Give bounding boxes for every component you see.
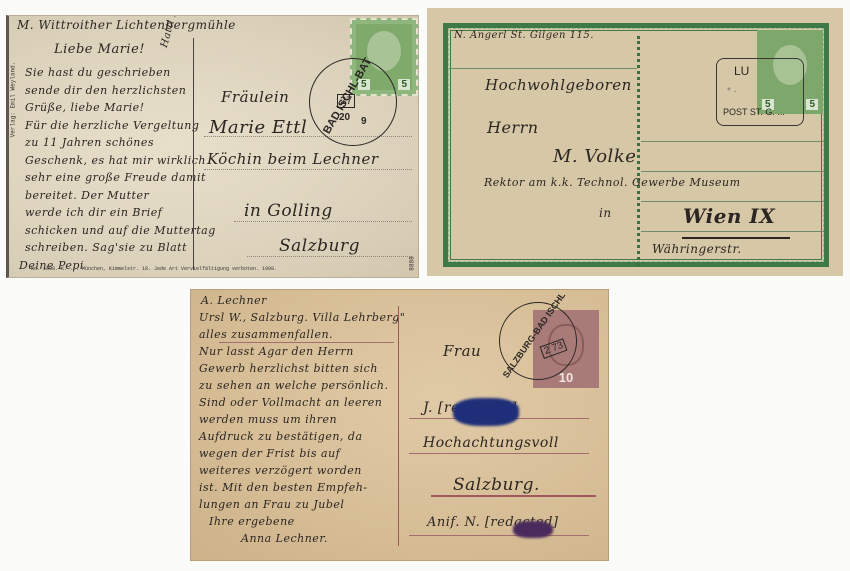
- address-line-6: Wien IX: [683, 204, 775, 228]
- message-line: wegen der Frist bis auf: [199, 447, 340, 460]
- address-line-7: Währingerstr.: [652, 242, 742, 256]
- address-rule: [247, 256, 412, 257]
- postcard-2: N. Angerl St. Gilgen 115. Hochwohlgebore…: [427, 8, 843, 276]
- message-line: alles zusammenfallen.: [199, 328, 333, 341]
- postmark-line2: * ·: [727, 86, 737, 97]
- rule: [641, 201, 824, 202]
- message-line: Sie hast du geschrieben: [25, 66, 171, 79]
- address-line-3: Köchin beim Lechner: [207, 150, 379, 168]
- address-line-1: Fräulein: [221, 88, 289, 106]
- message-line: sehr eine große Freude damit: [25, 171, 206, 184]
- postmark-line3: 9: [361, 116, 367, 127]
- message-line: A. Lechner: [201, 294, 267, 307]
- address-line-2: Marie Ettl: [209, 117, 307, 138]
- rule: [641, 231, 824, 232]
- message-line: sende dir den herzlichsten: [25, 84, 186, 97]
- message-line: Aufdruck zu bestätigen, da: [199, 430, 363, 443]
- salutation: Liebe Marie!: [54, 42, 145, 57]
- postmark-line3: POST ST. G. ...: [723, 107, 785, 117]
- sender-line: M. Wittroither Lichtenbergmühle: [17, 18, 236, 32]
- message-line: schreiben. Sag'sie zu Blatt: [25, 241, 187, 254]
- card-divider: [193, 38, 194, 270]
- message-line: werde ich dir ein Brief: [25, 206, 162, 219]
- postcard-1: Verlag: Emil Weyland. M. Wittroither Lic…: [6, 15, 419, 278]
- message-line: Geschenk, es hat mir wirklich: [25, 154, 206, 167]
- message-line: werden muss um ihren: [199, 413, 337, 426]
- stamp-value-right: 5: [806, 99, 818, 110]
- rule: [409, 535, 589, 536]
- message-line: ist. Mit den besten Empfeh-: [199, 481, 368, 494]
- address-rule: [204, 169, 412, 170]
- postcard-3: A. LechnerUrsl W., Salzburg. Villa Lehrb…: [190, 289, 609, 561]
- message-line: Nur lasst Agar den Herrn: [199, 345, 354, 358]
- message-line: Ursl W., Salzburg. Villa Lehrberg": [199, 311, 405, 324]
- message-line: weiteres verzögert worden: [199, 464, 362, 477]
- rule: [219, 342, 394, 343]
- underline: [682, 237, 790, 239]
- address-rule: [234, 221, 412, 222]
- address-line-3: Hochachtungsvoll: [423, 435, 559, 451]
- message-line: Grüße, liebe Marie!: [25, 101, 145, 114]
- address-line-4: in Golling: [244, 201, 333, 221]
- postmark-date: 27: [337, 94, 355, 108]
- message-line: lungen an Frau zu Jubel: [199, 498, 344, 511]
- message-line: Anna Lechner.: [241, 532, 328, 545]
- address-line-4: Rektor am k.k. Technol. Gewerbe Museum: [484, 176, 741, 189]
- rule: [641, 171, 824, 172]
- rule: [409, 453, 589, 454]
- message-line: zu sehen an welche persönlich.: [199, 379, 388, 392]
- ink-blot-redaction: [513, 521, 553, 538]
- message-line: Gewerb herzlichst bitten sich: [199, 362, 378, 375]
- ink-blot-redaction: [453, 398, 519, 426]
- message-line: Sind oder Vollmacht an leeren: [199, 396, 382, 409]
- message-line: schicken und auf die Muttertag: [25, 224, 216, 237]
- address-line-4: Salzburg.: [453, 475, 540, 495]
- address-line-1: Frau: [443, 342, 481, 360]
- address-line-5: Salzburg: [279, 236, 360, 256]
- address-line-1: Hochwohlgeboren: [485, 76, 632, 94]
- message-line: Ihre ergebene: [209, 515, 295, 528]
- sender-line: N. Angerl St. Gilgen 115.: [454, 30, 594, 41]
- address-line-3: M. Volke: [553, 146, 636, 167]
- publisher-vertical: Verlag: Emil Weyland.: [9, 62, 16, 138]
- imprint: No. 1898. K. ... München, Kimmelstr. 18.…: [31, 266, 277, 272]
- message-line: zu 11 Jahren schönes: [25, 136, 154, 149]
- message-line: bereitet. Der Mutter: [25, 189, 149, 202]
- rule: [431, 495, 596, 497]
- message-line: Für die herzliche Vergeltung: [25, 119, 199, 132]
- address-line-5: in: [599, 206, 612, 220]
- postmark-line1: LU: [734, 64, 749, 78]
- corner-number: 8888: [409, 256, 416, 270]
- card-divider: [637, 36, 640, 266]
- address-line-2: Herrn: [487, 118, 539, 137]
- stamp-value-right: 5: [398, 79, 410, 90]
- postmark-line2: 20: [339, 112, 350, 123]
- rule: [641, 141, 824, 142]
- card-divider: [398, 306, 399, 546]
- rule: [449, 68, 637, 69]
